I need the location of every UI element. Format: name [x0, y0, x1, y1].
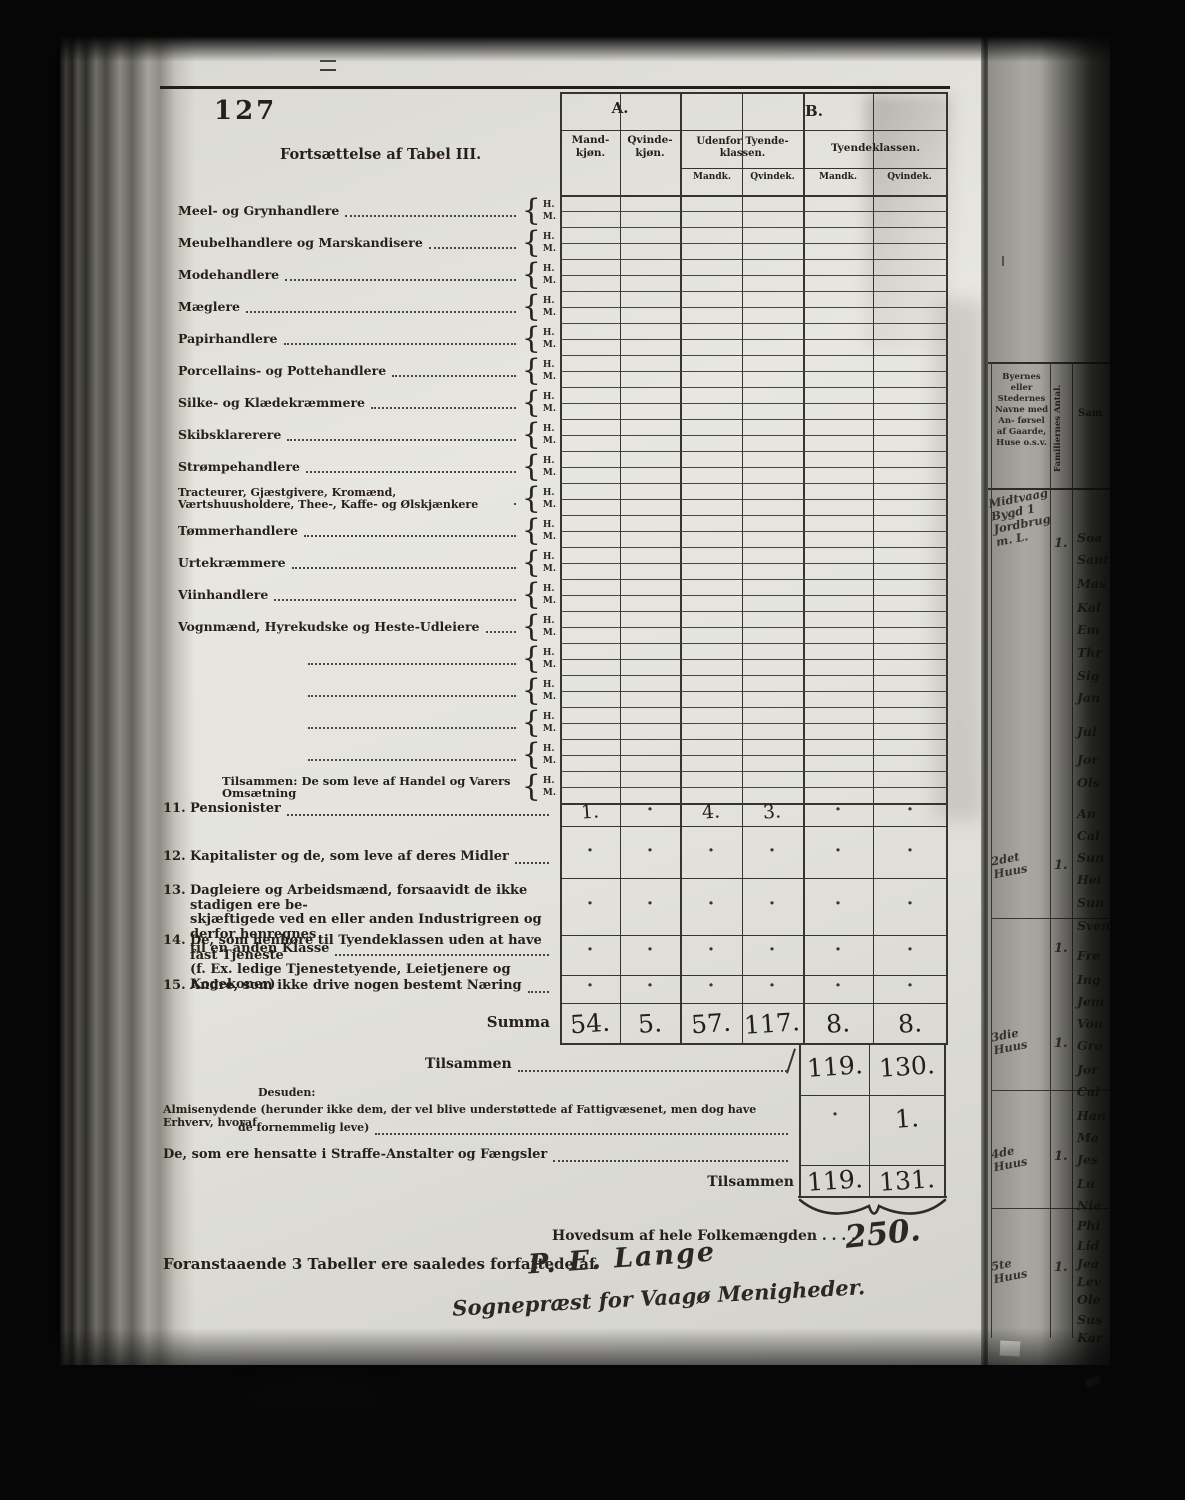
row-number: 15. [163, 979, 190, 994]
grid-hline-thin [560, 435, 948, 436]
brace-icon: { [522, 358, 541, 384]
cell-dot: · [558, 892, 622, 916]
tilsammen-row: Tilsammen [425, 1056, 793, 1072]
brace-icon: { [522, 678, 541, 704]
trade-row: Skibsklarerere{H.M. [178, 419, 556, 451]
grid-hline [560, 130, 948, 131]
grid-hline-thin [560, 531, 948, 532]
summa-label: Summa [478, 1013, 550, 1031]
h-label: H. [543, 199, 556, 211]
h-label: H. [543, 647, 556, 659]
cell-dot: · [878, 938, 942, 962]
trade-row: Porcellains- og Pottehandlere{H.M. [178, 355, 556, 387]
trade-row: Tømmerhandlere{H.M. [178, 515, 556, 547]
grid-hline-thin [560, 627, 948, 628]
grid-hline-thin [560, 387, 948, 388]
film-shadow-right [1040, 0, 1185, 1500]
grid-hline-thin [560, 611, 948, 612]
row-label-line: 11.Pensionister [163, 802, 555, 817]
h-label: H. [543, 583, 556, 595]
trade-label: Silke- og Klædekræmmere [178, 397, 365, 410]
row-number: 11. [163, 802, 190, 817]
m-label: M. [543, 307, 556, 319]
cell-dot: · [801, 1103, 869, 1127]
grid-hline [560, 878, 948, 879]
brace-icon: { [522, 454, 541, 480]
m-label: M. [543, 659, 556, 671]
h-label: H. [543, 455, 556, 467]
cell-dot: · [558, 839, 622, 863]
grid-hline-thin [560, 275, 948, 276]
grid-hline-thin [560, 675, 948, 676]
m-label: M. [543, 723, 556, 735]
hm-brace: {H.M. [522, 614, 556, 640]
trade-row: Silke- og Klædekræmmere{H.M. [178, 387, 556, 419]
h-label: H. [543, 551, 556, 563]
m-label: M. [543, 595, 556, 607]
hm-brace: {H.M. [522, 358, 556, 384]
cell-dot: · [806, 938, 870, 962]
cell-dot: · [806, 798, 870, 822]
hm-brace: {H.M. [522, 774, 556, 800]
cell-dot: · [740, 839, 804, 863]
grid-hline-thin [560, 339, 948, 340]
grid-hline-thin [560, 467, 948, 468]
m-label: M. [543, 435, 556, 447]
m-label: M. [543, 563, 556, 575]
cell-dot: · [878, 798, 942, 822]
page-number: 127 [214, 96, 277, 126]
cell-dot: · [740, 938, 804, 962]
cell-value: 119. [800, 1163, 870, 1200]
brace-icon: { [522, 518, 541, 544]
brace-icon: { [522, 262, 541, 288]
cell-value: 130. [872, 1049, 942, 1086]
grid-hline [560, 1043, 948, 1045]
grid-hline-thin [560, 323, 948, 324]
desuden-label: Desuden: [258, 1086, 315, 1099]
trade-row: Mæglere{H.M. [178, 291, 556, 323]
grid-hline-thin [560, 579, 948, 580]
cell-value: 117. [739, 1006, 805, 1042]
leader-dots [246, 309, 516, 313]
cell-value: 5. [617, 1006, 683, 1042]
grid-hline-thin [560, 355, 948, 356]
cell-value: 8. [877, 1006, 943, 1042]
cell-dot: · [679, 938, 743, 962]
hm-brace: {H.M. [522, 550, 556, 576]
cell-dot: · [558, 938, 622, 962]
page-edge-tick [1002, 256, 1004, 266]
grid-hline-thin [560, 771, 948, 772]
h-label: H. [543, 519, 556, 531]
leader-dots [553, 1158, 788, 1162]
grid-hline-thin [560, 419, 948, 420]
trade-row: Tilsammen: De som leve af Handel og Vare… [178, 771, 556, 803]
row-label-line: 14.De, som henhøre til Tyendeklassen ude… [163, 934, 555, 963]
m-label: M. [543, 499, 556, 511]
hm-brace: {H.M. [522, 518, 556, 544]
trade-row: Strømpehandlere{H.M. [178, 451, 556, 483]
grid-vline [946, 92, 948, 1045]
leader-dots [306, 469, 516, 473]
hm-brace: {H.M. [522, 678, 556, 704]
hm-brace: {H.M. [522, 742, 556, 768]
h-label: H. [543, 743, 556, 755]
trade-label: Skibsklarerere [178, 429, 281, 442]
leader-dots [308, 661, 516, 665]
row-label-text: Dagleiere og Arbeidsmænd, forsaavidt de … [190, 884, 555, 913]
trade-row: Viinhandlere{H.M. [178, 579, 556, 611]
h-label: H. [543, 359, 556, 371]
grid-hline-thin [560, 563, 948, 564]
leader-dots [308, 757, 516, 761]
grid-hline-thin [560, 499, 948, 500]
cell-dot: · [558, 974, 622, 998]
row-number: 14. [163, 934, 190, 949]
numbered-row: 12.Kapitalister og de, som leve af deres… [163, 850, 555, 865]
brace-icon: { [522, 486, 541, 512]
brace-icon: { [522, 198, 541, 224]
cell-dot: · [618, 798, 682, 822]
leader-dots [287, 812, 549, 816]
brace-icon: { [522, 742, 541, 768]
brace-icon: { [522, 422, 541, 448]
row-number: 12. [163, 850, 190, 865]
m-label: M. [543, 211, 556, 223]
grid-hline-thin [560, 307, 948, 308]
leader-dots [292, 565, 516, 569]
grid-hline [680, 168, 948, 169]
trade-label: Meubelhandlere og Marskandisere [178, 237, 423, 250]
hm-brace: {H.M. [522, 198, 556, 224]
leader-dots [375, 1131, 788, 1135]
h-label: H. [543, 487, 556, 499]
grid-hline-thin [560, 259, 948, 260]
hm-brace: {H.M. [522, 326, 556, 352]
film-shadow-left [0, 0, 64, 1500]
grid-hline [560, 935, 948, 936]
trade-row: {H.M. [178, 643, 556, 675]
cell-dot: · [878, 974, 942, 998]
film-shadow-bottom [0, 1328, 1185, 1500]
cell-value: 1. [557, 796, 623, 828]
h-label: H. [543, 615, 556, 627]
m-label: M. [543, 371, 556, 383]
grid-hline [560, 1003, 948, 1004]
m-label: M. [543, 691, 556, 703]
grid-hline [560, 92, 948, 94]
numbered-row: 11.Pensionister [163, 802, 555, 817]
h-label: H. [543, 391, 556, 403]
grid-hline-thin [560, 483, 948, 484]
grid-hline-thin [560, 547, 948, 548]
trade-row: Tracteurer, Gjæstgivere, Kromænd, Værtsh… [178, 483, 556, 515]
trade-label: Viinhandlere [178, 589, 268, 602]
trade-row: {H.M. [178, 739, 556, 771]
cell-value: 3. [739, 796, 805, 828]
leader-dots [285, 277, 516, 281]
grid-hline-thin [560, 595, 948, 596]
almise-label-line2: de fornemmelig leve) [238, 1121, 794, 1134]
grid-hline-thin [560, 403, 948, 404]
row-label-text: Pensionister [190, 802, 281, 817]
cell-dot: · [740, 974, 804, 998]
cell-value: 1. [872, 1101, 942, 1138]
trade-row: Meubelhandlere og Marskandisere{H.M. [178, 227, 556, 259]
h-label: H. [543, 775, 556, 787]
hm-brace: {H.M. [522, 646, 556, 672]
leader-dots [528, 989, 549, 993]
cell-dot: · [806, 839, 870, 863]
leader-dots [284, 341, 516, 345]
trade-row: Modehandlere{H.M. [178, 259, 556, 291]
leader-dots [486, 629, 516, 633]
trade-row: Meel- og Grynhandlere{H.M. [178, 195, 556, 227]
book-binding-edge [60, 28, 195, 1365]
cell-dot: · [806, 974, 870, 998]
leader-dots [345, 213, 515, 217]
cell-dot: · [618, 892, 682, 916]
brace-icon: { [522, 550, 541, 576]
totals-box-line [944, 1045, 946, 1198]
microfilm-frame: 127 Fortsættelse af Tabel III. A. B. Man… [0, 0, 1185, 1500]
trade-label: Vognmænd, Hyrekudske og Heste-Udleiere [178, 621, 480, 634]
brace-icon: { [522, 774, 541, 800]
brace-icon: { [522, 646, 541, 672]
trade-row: Urtekræmmere{H.M. [178, 547, 556, 579]
trade-row: Papirhandlere{H.M. [178, 323, 556, 355]
film-shadow-top [0, 0, 1185, 62]
straffe-label: De, som ere hensatte i Straffe-Anstalter… [163, 1147, 547, 1162]
grid-hline-thin [560, 659, 948, 660]
grid-hline-thin [560, 371, 948, 372]
brace-icon: { [522, 230, 541, 256]
grid-hline-thin [560, 211, 948, 212]
straffe-row: De, som ere hensatte i Straffe-Anstalter… [163, 1147, 794, 1162]
almise-label-text: de fornemmelig leve) [238, 1121, 369, 1134]
hm-brace: {H.M. [522, 390, 556, 416]
trade-label: Mæglere [178, 301, 240, 314]
brace-icon: { [522, 710, 541, 736]
top-rule [160, 86, 950, 89]
leader-dots [518, 1068, 787, 1072]
hm-brace: {H.M. [522, 582, 556, 608]
trade-row: {H.M. [178, 707, 556, 739]
cell-dot: · [740, 892, 804, 916]
grid-hline-thin [560, 451, 948, 452]
m-label: M. [543, 627, 556, 639]
trade-label: Strømpehandlere [178, 461, 300, 474]
trade-row: {H.M. [178, 675, 556, 707]
m-label: M. [543, 243, 556, 255]
hm-brace: {H.M. [522, 294, 556, 320]
leader-dots [274, 597, 515, 601]
cell-dot: · [878, 839, 942, 863]
leader-dots [371, 405, 516, 409]
trade-label: Tracteurer, Gjæstgivere, Kromænd, Værtsh… [178, 487, 508, 512]
leader-dots [515, 860, 549, 864]
grid-hline-thin [560, 755, 948, 756]
trade-label: Tilsammen: De som leve af Handel og Vare… [178, 775, 522, 800]
trade-label: Papirhandlere [178, 333, 278, 346]
h-label: H. [543, 295, 556, 307]
cell-value: 54. [557, 1006, 623, 1042]
hm-brace: {H.M. [522, 422, 556, 448]
brace-icon: { [522, 582, 541, 608]
h-label: H. [543, 231, 556, 243]
cell-dot: · [618, 974, 682, 998]
row-label-line: 15.Andre, som ikke drive nogen bestemt N… [163, 979, 555, 994]
m-label: M. [543, 787, 556, 799]
grid-hline-thin [560, 643, 948, 644]
cell-dot: · [806, 892, 870, 916]
row-label-text: Kapitalister og de, som leve af deres Mi… [190, 850, 509, 865]
leader-dots [304, 533, 516, 537]
hm-brace: {H.M. [522, 262, 556, 288]
m-label: M. [543, 339, 556, 351]
final-tilsammen-label: Tilsammen [694, 1174, 794, 1190]
grid-hline-thin [560, 787, 948, 788]
h-label: H. [543, 711, 556, 723]
m-label: M. [543, 755, 556, 767]
trade-label: Modehandlere [178, 269, 279, 282]
grid-hline-thin [560, 739, 948, 740]
grid-hline-thin [560, 243, 948, 244]
trade-row: Vognmænd, Hyrekudske og Heste-Udleiere{H… [178, 611, 556, 643]
m-label: M. [543, 531, 556, 543]
cell-dot: · [679, 892, 743, 916]
hm-brace: {H.M. [522, 710, 556, 736]
m-label: M. [543, 467, 556, 479]
row-label-text: Andre, som ikke drive nogen bestemt Næri… [190, 979, 522, 994]
hm-brace: {H.M. [522, 486, 556, 512]
row-number: 13. [163, 884, 190, 899]
brace-icon: { [522, 326, 541, 352]
m-label: M. [543, 403, 556, 415]
cell-dot: · [618, 839, 682, 863]
brace-icon: { [522, 390, 541, 416]
cell-value: 119. [800, 1049, 870, 1086]
cell-value: 131. [872, 1163, 942, 1200]
grid-hline-thin [560, 291, 948, 292]
grid-hline-thin [560, 707, 948, 708]
leader-dots [429, 245, 516, 249]
h-label: H. [543, 327, 556, 339]
cell-value: 4. [678, 796, 744, 828]
totals-box-line [799, 1095, 946, 1096]
row-label-text: De, som henhøre til Tyendeklassen uden a… [190, 934, 555, 963]
cell-value: 57. [678, 1006, 744, 1042]
grid-hline-thin [560, 691, 948, 692]
brace-icon: { [522, 614, 541, 640]
cell-dot: · [878, 892, 942, 916]
grid-hline-thin [560, 515, 948, 516]
trade-label: Tømmerhandlere [178, 525, 298, 538]
trade-label: Porcellains- og Pottehandlere [178, 365, 386, 378]
numbered-row: 15.Andre, som ikke drive nogen bestemt N… [163, 979, 555, 994]
tilsammen-label: Tilsammen [425, 1056, 512, 1072]
brace-icon: { [522, 294, 541, 320]
hm-brace: {H.M. [522, 454, 556, 480]
h-label: H. [543, 679, 556, 691]
leader-dots [308, 725, 516, 729]
leader-dots [514, 501, 516, 505]
grid-hline-thin [560, 723, 948, 724]
trade-label: Meel- og Grynhandlere [178, 205, 339, 218]
row-label-line: 13.Dagleiere og Arbeidsmænd, forsaavidt … [163, 884, 555, 913]
hm-brace: {H.M. [522, 230, 556, 256]
cell-dot: · [679, 974, 743, 998]
leader-dots [308, 693, 516, 697]
h-label: H. [543, 423, 556, 435]
leader-dots [392, 373, 516, 377]
h-label: H. [543, 263, 556, 275]
row-label-line: 12.Kapitalister og de, som leve af deres… [163, 850, 555, 865]
cell-value: 8. [805, 1006, 871, 1042]
grid-vline [873, 92, 874, 1045]
m-label: M. [543, 275, 556, 287]
grid-hline-thin [560, 227, 948, 228]
trade-label: Urtekræmmere [178, 557, 286, 570]
cell-dot: · [618, 938, 682, 962]
leader-dots [287, 437, 515, 441]
page-gutter [981, 28, 988, 1365]
table-title: Fortsættelse af Tabel III. [280, 146, 481, 163]
cell-dot: · [679, 839, 743, 863]
grid-hline [560, 195, 948, 197]
